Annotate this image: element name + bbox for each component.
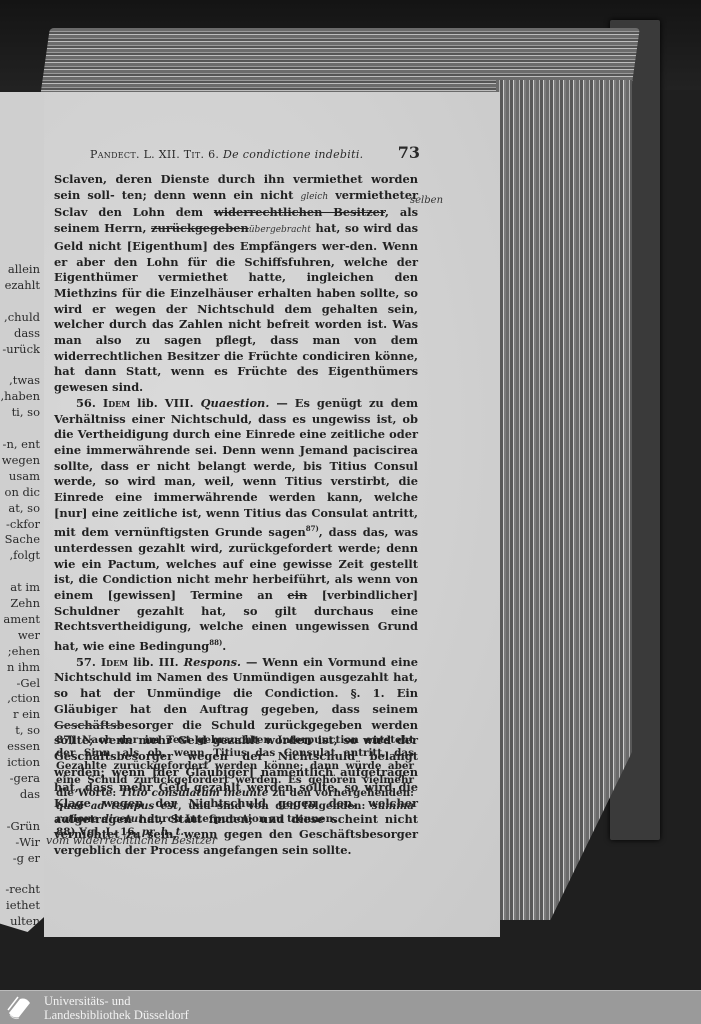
left-page-line: chuld, (0, 310, 40, 326)
left-page-line: etwa (0, 962, 40, 978)
running-header: Pandect. L. XII. Tit. 6. De condictione … (90, 143, 420, 162)
footnote-rule (54, 725, 124, 726)
left-page-line: das (0, 787, 40, 803)
left-page-line: t, so (0, 723, 40, 739)
running-title: Pandect. L. XII. Tit. 6. De condictione … (90, 148, 363, 161)
left-page-line: g er- (0, 851, 40, 867)
left-page-line: wer (0, 628, 40, 644)
left-page-line: n ihm (0, 660, 40, 676)
left-page-line: ction, (0, 691, 40, 707)
left-page-line: essen (0, 739, 40, 755)
book-logo-icon (6, 995, 34, 1021)
left-page-line: recht- (0, 882, 40, 898)
left-page-line: ament (0, 612, 40, 628)
left-page-line (0, 421, 40, 437)
left-page-line: iction (0, 755, 40, 771)
paragraph-55-end: Sclaven, deren Dienste durch ihn vermiet… (54, 172, 418, 396)
left-page-line: Zehn (0, 596, 40, 612)
left-page-line: gera- (0, 771, 40, 787)
page-edges-right (496, 80, 632, 920)
left-page-line (0, 357, 40, 373)
left-page-line (0, 866, 40, 882)
left-page-line: ti, so (0, 405, 40, 421)
left-page-line: Und (0, 946, 40, 962)
left-page-line: der (0, 978, 40, 990)
left-page-line (0, 803, 40, 819)
footnote-ref: 87) (306, 524, 319, 533)
footnotes: 87) Nach der im Text gebrauchten Interpu… (56, 734, 414, 840)
left-page-line: on dic (0, 485, 40, 501)
left-page-line (0, 294, 40, 310)
left-page-line: Wir- (0, 835, 40, 851)
left-page-line: r ein (0, 707, 40, 723)
left-page-line: Grün- (0, 819, 40, 835)
handwritten-bottom-note: vom widerrechtlichen Besitzer (46, 834, 217, 847)
left-page-line: at im (0, 580, 40, 596)
left-page-line: allein (0, 262, 40, 278)
left-page: alleinezahlt chuld,dassurück- twas,haben… (0, 92, 46, 932)
footnote-87: 87) Nach der im Text gebrauchten Interpu… (56, 734, 414, 826)
left-page-line: at, so (0, 501, 40, 517)
left-page-line: urück- (0, 342, 40, 358)
footnote-ref: 88) (209, 638, 222, 647)
struck-text: ein (287, 588, 307, 602)
left-page-line: wegen (0, 453, 40, 469)
book-scan: alleinezahlt chuld,dassurück- twas,haben… (0, 0, 701, 990)
struck-text: zurückgegeben (151, 221, 249, 235)
left-page-line: folgt, (0, 548, 40, 564)
page-number: 73 (398, 143, 420, 162)
handwritten-insertion: gleich (300, 192, 328, 202)
left-page-line: twas, (0, 373, 40, 389)
left-page-text-fragments: alleinezahlt chuld,dassurück- twas,haben… (0, 262, 40, 990)
left-page-line: dass (0, 326, 40, 342)
library-footer: Universitäts- und Landesbibliothek Düsse… (0, 990, 701, 1024)
left-page-line (0, 564, 40, 580)
handwritten-insertion: übergebracht (249, 225, 311, 235)
left-page-line: ezahlt (0, 278, 40, 294)
paragraph-56: 56. Idem lib. VIII. Quaestion. — Es genü… (54, 396, 418, 655)
left-page-line: ckfor- (0, 517, 40, 533)
library-name[interactable]: Universitäts- und Landesbibliothek Düsse… (44, 994, 189, 1022)
left-page-line: ulten (0, 914, 40, 930)
left-page-line: haben, (0, 389, 40, 405)
left-page-line: iethet (0, 898, 40, 914)
left-page-line: Gel- (0, 676, 40, 692)
left-page-line: wer- (0, 930, 40, 946)
left-page-line: usam (0, 469, 40, 485)
left-page-line: n, ent- (0, 437, 40, 453)
left-page-line: ehen; (0, 644, 40, 660)
struck-text: widerrechtlichen Besitzer (214, 205, 385, 219)
left-page-line: Sache (0, 532, 40, 548)
